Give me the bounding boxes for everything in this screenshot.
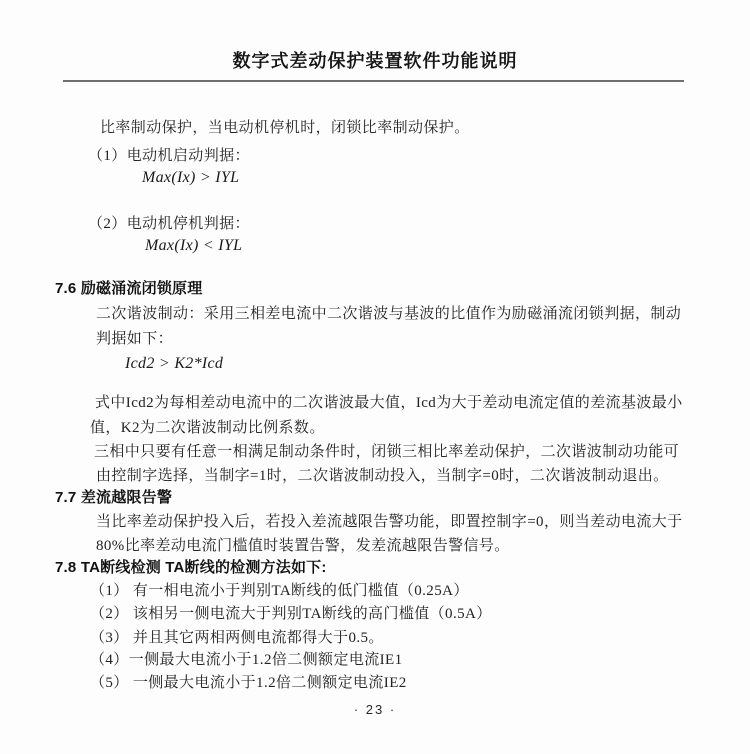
motor-start-criterion-label: （1）电动机启动判据： <box>88 144 250 165</box>
motor-start-formula: Max(Ix) > IYL <box>142 169 239 187</box>
ta-break-detection-item-5: （5） 一侧最大电流小于1.2倍二侧额定电流IE2 <box>90 671 407 692</box>
section-7-7-paragraph1-line1: 当比率差动保护投入后，若投入差流越限告警功能，即置控制字=0，则当差动电流大于 <box>96 510 683 531</box>
ta-break-detection-item-3: （3） 并且其它两相两侧电流都得大于0.5。 <box>90 626 384 647</box>
section-7-6-paragraph2-line1: 式中Icd2为每相差动电流中的二次谐波最大值，Icd为大于差动电流定值的差流基波… <box>95 391 683 412</box>
header-divider-rule <box>63 80 684 82</box>
section-7-6-heading: 7.6 励磁涌流闭锁原理 <box>55 277 202 298</box>
section-7-6-paragraph1-line1: 二次谐波制动：采用三相差电流中二次谐波与基波的比值作为励磁涌流闭锁判据，制动 <box>96 302 681 323</box>
section-7-8-heading: 7.8 TA断线检测 TA断线的检测方法如下: <box>55 556 327 577</box>
section-7-6-paragraph3-line1: 三相中只要有任意一相满足制动条件时，闭锁三相比率差动保护，二次谐波制动功能可 <box>94 440 679 461</box>
section-7-6-paragraph1-line2: 判据如下： <box>96 327 173 348</box>
document-page: 数字式差动保护装置软件功能说明 比率制动保护，当电动机停机时，闭锁比率制动保护。… <box>0 0 750 754</box>
ta-break-detection-item-2: （2） 该相另一侧电流大于判别TA断线的高门槛值（0.5A） <box>90 602 492 623</box>
ta-break-detection-item-4: （4）一侧最大电流小于1.2倍二侧额定电流IE1 <box>90 648 403 669</box>
section-7-6-paragraph3-line2: 由控制字选择，当制字=1时，二次谐波制动投入，当制字=0时，二次谐波制动退出。 <box>96 464 669 485</box>
section-7-6-paragraph2-line2: 值，K2为二次谐波制动比例系数。 <box>90 416 325 437</box>
motor-stop-formula: Max(Ix) < IYL <box>145 237 242 255</box>
second-harmonic-formula: Icd2 > K2*Icd <box>125 355 223 373</box>
section-7-7-paragraph1-line2: 80%比率差动电流门槛值时装置告警，发差流越限告警信号。 <box>96 534 510 555</box>
intro-paragraph-line: 比率制动保护，当电动机停机时，闭锁比率制动保护。 <box>100 116 470 137</box>
page-header-title: 数字式差动保护装置软件功能说明 <box>0 47 750 73</box>
page-number: · 23 · <box>0 702 750 717</box>
section-7-7-heading: 7.7 差流越限告警 <box>55 486 172 507</box>
ta-break-detection-item-1: （1） 有一相电流小于判别TA断线的低门槛值（0.25A） <box>90 579 469 600</box>
motor-stop-criterion-label: （2）电动机停机判据： <box>88 212 250 233</box>
